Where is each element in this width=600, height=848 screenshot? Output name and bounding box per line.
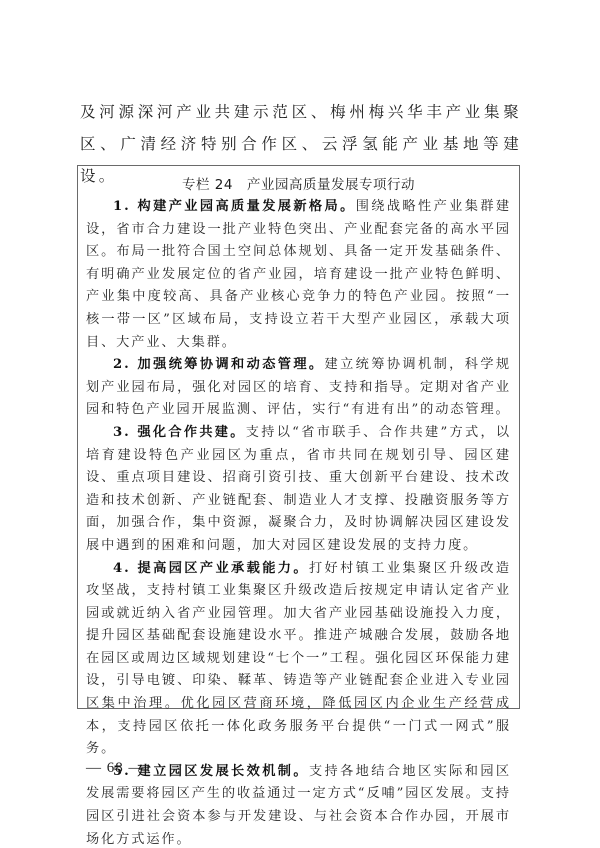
page-number: — 68 —	[86, 760, 145, 777]
box-item-1: 1. 构建产业园高质量发展新格局。围绕战略性产业集群建设，省市合力建设一批产业特…	[86, 196, 511, 354]
box-item-lead: 4. 提高园区产业承载能力。	[113, 561, 309, 576]
box-item-5: 5. 建立园区发展长效机制。支持各地结合地区实际和园区发展需要将园区产生的收益通…	[86, 761, 511, 848]
box-item-lead: 3. 强化合作共建。	[113, 425, 246, 440]
box-item-3: 3. 强化合作共建。支持以“省市联手、合作共建”方式，以培育建设特色产业园区为重…	[86, 422, 511, 558]
box-item-lead: 1. 构建产业园高质量发展新格局。	[113, 199, 356, 214]
box-title-text: 产业园高质量发展专项行动	[247, 177, 415, 193]
special-column-box: 专栏 24产业园高质量发展专项行动 1. 构建产业园高质量发展新格局。围绕战略性…	[77, 165, 520, 709]
box-item-4: 4. 提高园区产业承载能力。打好村镇工业集聚区升级改造攻坚战，支持村镇工业集聚区…	[86, 558, 511, 761]
box-title-prefix: 专栏 24	[182, 177, 233, 193]
box-item-lead: 2. 加强统筹协调和动态管理。	[113, 357, 325, 372]
box-item-2: 2. 加强统筹协调和动态管理。建立统筹协调机制，科学规划产业园布局，强化对园区的…	[86, 354, 511, 422]
box-item-body: 围绕战略性产业集群建设，省市合力建设一批产业特色突出、产业配套完备的高水平园区。…	[86, 199, 511, 350]
box-item-body: 支持以“省市联手、合作共建”方式，以培育建设特色产业园区为重点，省市共同在规划引…	[86, 425, 511, 553]
box-item-body: 打好村镇工业集聚区升级改造攻坚战，支持村镇工业集聚区升级改造后按规定申请认定省产…	[86, 561, 511, 757]
box-title: 专栏 24产业园高质量发展专项行动	[86, 174, 511, 196]
